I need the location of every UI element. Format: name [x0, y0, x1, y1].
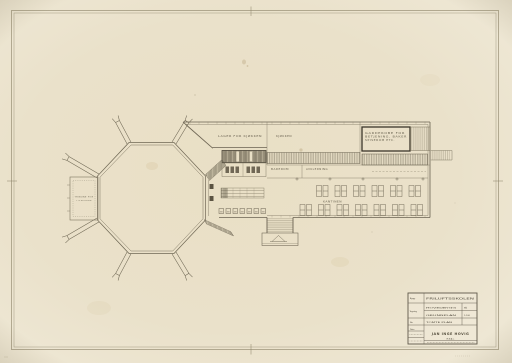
drawing-sheet: TRIBUNE FOR TILSKUERE	[0, 0, 512, 363]
plan-svg: TRIBUNE FOR TILSKUERE	[0, 0, 512, 363]
edge-vignette	[0, 0, 512, 363]
